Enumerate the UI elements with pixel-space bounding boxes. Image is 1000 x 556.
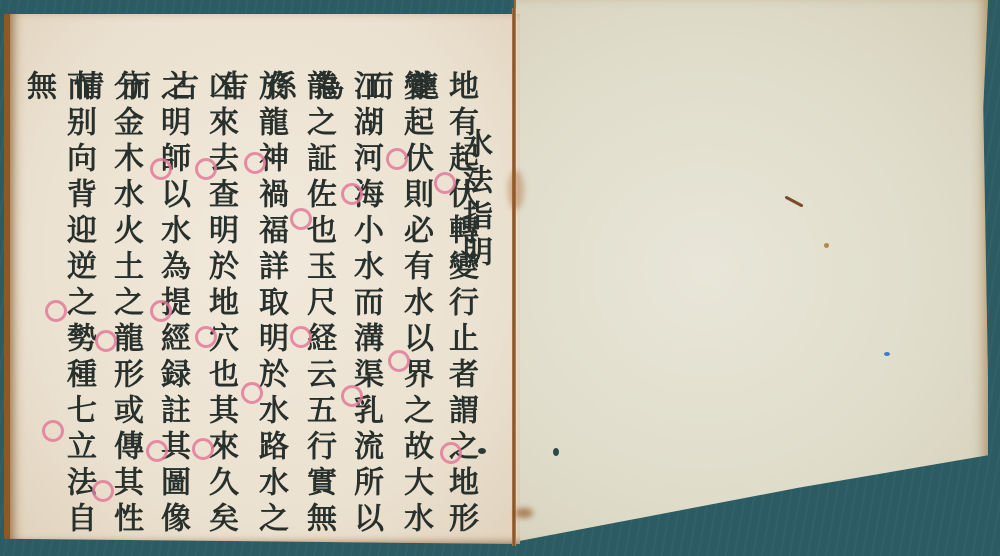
punctuation-circle [92, 480, 114, 502]
punctuation-circle [440, 442, 462, 464]
punctuation-circle [386, 148, 408, 170]
punctuation-circle [434, 172, 456, 194]
punctuation-circle [150, 158, 172, 180]
punctuation-circle [195, 158, 217, 180]
punctuation-circle [341, 183, 363, 205]
punctuation-circle [45, 300, 67, 322]
blue-fleck [884, 352, 890, 356]
punctuation-circle [192, 438, 214, 460]
punctuation-circle [241, 382, 263, 404]
punctuation-circle [290, 326, 312, 348]
punctuation-circle [42, 420, 64, 442]
punctuation-circle [388, 350, 410, 372]
punctuation-circle [290, 208, 312, 230]
punctuation-circle [244, 152, 266, 174]
right-page-blank [514, 0, 988, 542]
dust-fleck [824, 243, 829, 248]
book-spine [512, 8, 516, 546]
ink-fleck [553, 448, 559, 456]
bottom-stain [515, 508, 533, 518]
punctuation-circle [150, 300, 172, 322]
spine-stain [508, 170, 524, 210]
punctuation-circle [195, 326, 217, 348]
punctuation-circle [341, 385, 363, 407]
punctuation-circle [95, 330, 117, 352]
punctuation-circle [146, 440, 168, 462]
